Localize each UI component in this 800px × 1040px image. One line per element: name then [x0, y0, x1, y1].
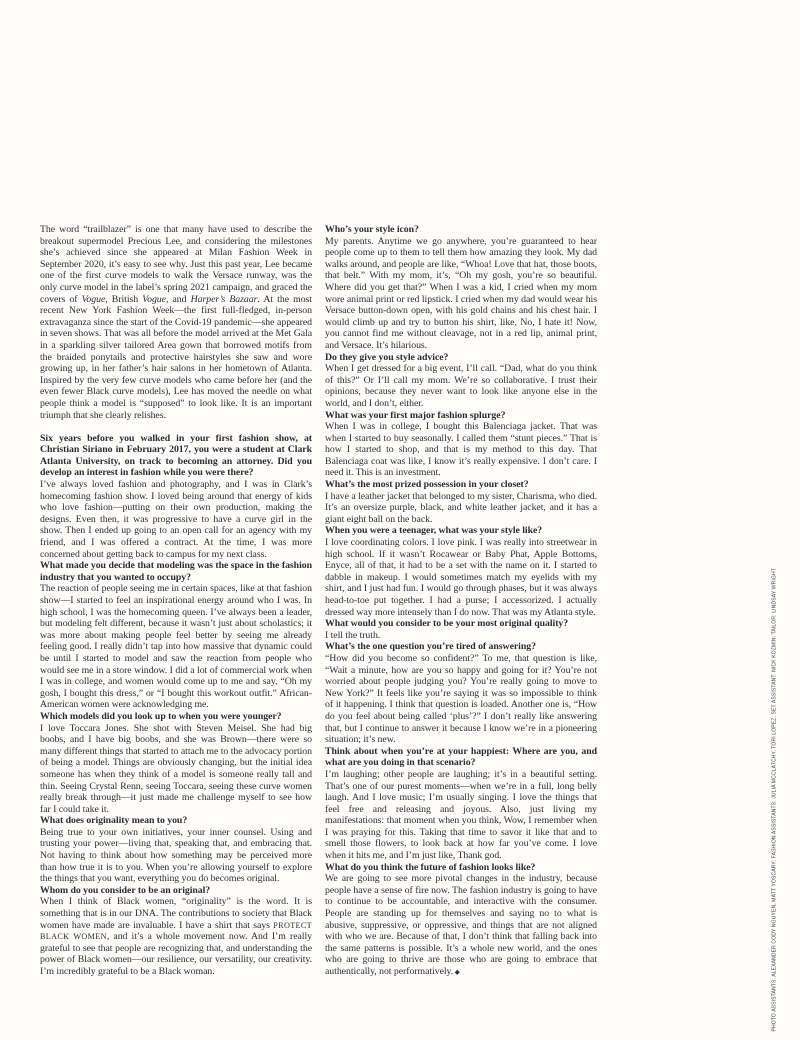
text-run: Vogue — [142, 294, 166, 305]
text-run: What does originality mean to you? — [40, 815, 187, 826]
text-run: When I get dressed for a big event, I’ll… — [325, 363, 597, 409]
photo-credits: PHOTO ASSISTANTS: ALEXANDER CODY NGUYEN,… — [772, 582, 781, 1032]
text-run: What would you consider to be your most … — [325, 618, 568, 629]
interview-answer: I have a leather jacket that belonged to… — [325, 491, 597, 526]
interview-answer: When I get dressed for a big event, I’ll… — [325, 363, 597, 409]
text-run: What made you decide that modeling was t… — [40, 560, 312, 583]
text-run: What’s the most prized possession in you… — [325, 479, 529, 490]
magazine-page: The word “trailblazer” is one that many … — [0, 0, 800, 1040]
text-run: I’ve always loved fashion and photograph… — [40, 479, 312, 560]
interview-answer: When I was in college, I bought this Bal… — [325, 421, 597, 479]
article-body: The word “trailblazer” is one that many … — [40, 224, 597, 979]
interview-question: Which models did you look up to when you… — [40, 711, 312, 723]
interview-question: Do they give you style advice? — [325, 352, 597, 364]
text-run: I have a leather jacket that belonged to… — [325, 491, 597, 525]
interview-question: When you were a teenager, what was your … — [325, 525, 597, 537]
text-run: What was your first major fashion splurg… — [325, 410, 505, 421]
interview-question: Whom do you consider to be an original? — [40, 885, 312, 897]
text-run: , and — [166, 294, 191, 305]
text-run: We are going to see more pivotal changes… — [325, 873, 597, 977]
text-run: . At the most recent New York Fashion We… — [40, 294, 312, 421]
interview-question: What made you decide that modeling was t… — [40, 560, 312, 583]
interview-question: Six years before you walked in your firs… — [40, 433, 312, 479]
text-run: ◆ — [453, 969, 460, 976]
text-run: When you were a teenager, what was your … — [325, 525, 542, 536]
interview-answer: My parents. Anytime we go anywhere, you’… — [325, 236, 597, 352]
text-run: Being true to your own initiatives, your… — [40, 827, 312, 884]
interview-answer: We are going to see more pivotal changes… — [325, 873, 597, 978]
column-right: Who’s your style icon?My parents. Anytim… — [325, 224, 597, 979]
interview-answer: I love coordinating colors. I love pink.… — [325, 537, 597, 618]
column-left: The word “trailblazer” is one that many … — [40, 224, 312, 979]
text-run: The reaction of people seeing me in cert… — [40, 583, 312, 710]
text-run: I love coordinating colors. I love pink.… — [325, 537, 597, 618]
interview-question: What’s the most prized possession in you… — [325, 479, 597, 491]
interview-answer: I’m laughing; other people are laughing;… — [325, 769, 597, 862]
text-run: The word “trailblazer” is one that many … — [40, 224, 312, 305]
interview-answer: I tell the truth. — [325, 630, 597, 642]
interview-answer: I’ve always loved fashion and photograph… — [40, 479, 312, 560]
interview-answer: I love Toccara Jones. She shot with Stev… — [40, 723, 312, 816]
interview-answer: Being true to your own initiatives, your… — [40, 827, 312, 885]
text-run: My parents. Anytime we go anywhere, you’… — [325, 236, 597, 351]
interview-question: Think about when you’re at your happiest… — [325, 746, 597, 769]
interview-question: What does originality mean to you? — [40, 815, 312, 827]
interview-answer: When I think of Black women, “originalit… — [40, 896, 312, 977]
text-run: What do you think the future of fashion … — [325, 862, 535, 873]
interview-question: What would you consider to be your most … — [325, 618, 597, 630]
interview-question: Who’s your style icon? — [325, 224, 597, 236]
text-run: , British — [105, 294, 142, 305]
text-run: Who’s your style icon? — [325, 224, 419, 235]
text-run: I tell the truth. — [325, 630, 380, 641]
interview-answer: “How did you become so confident?” To me… — [325, 653, 597, 746]
text-run: I love Toccara Jones. She shot with Stev… — [40, 723, 312, 815]
text-run: When I was in college, I bought this Bal… — [325, 421, 597, 478]
text-run: What’s the one question you’re tired of … — [325, 641, 536, 652]
interview-question: What was your first major fashion splurg… — [325, 410, 597, 422]
text-run: I’m laughing; other people are laughing;… — [325, 769, 597, 861]
text-run: Whom do you consider to be an original? — [40, 885, 210, 896]
text-run: Do they give you style advice? — [325, 352, 448, 363]
text-run: Vogue — [82, 294, 106, 305]
text-run: Six years before you walked in your firs… — [40, 433, 312, 479]
text-run: Which models did you look up to when you… — [40, 711, 282, 722]
intro-paragraph: The word “trailblazer” is one that many … — [40, 224, 312, 421]
text-run: Harper’s Bazaar — [191, 294, 258, 305]
interview-question: What do you think the future of fashion … — [325, 862, 597, 874]
interview-question: What’s the one question you’re tired of … — [325, 641, 597, 653]
text-run: “How did you become so confident?” To me… — [325, 653, 597, 745]
interview-answer: The reaction of people seeing me in cert… — [40, 583, 312, 711]
text-run: When I think of Black women, “originalit… — [40, 896, 312, 930]
text-run: Think about when you’re at your happiest… — [325, 746, 597, 769]
